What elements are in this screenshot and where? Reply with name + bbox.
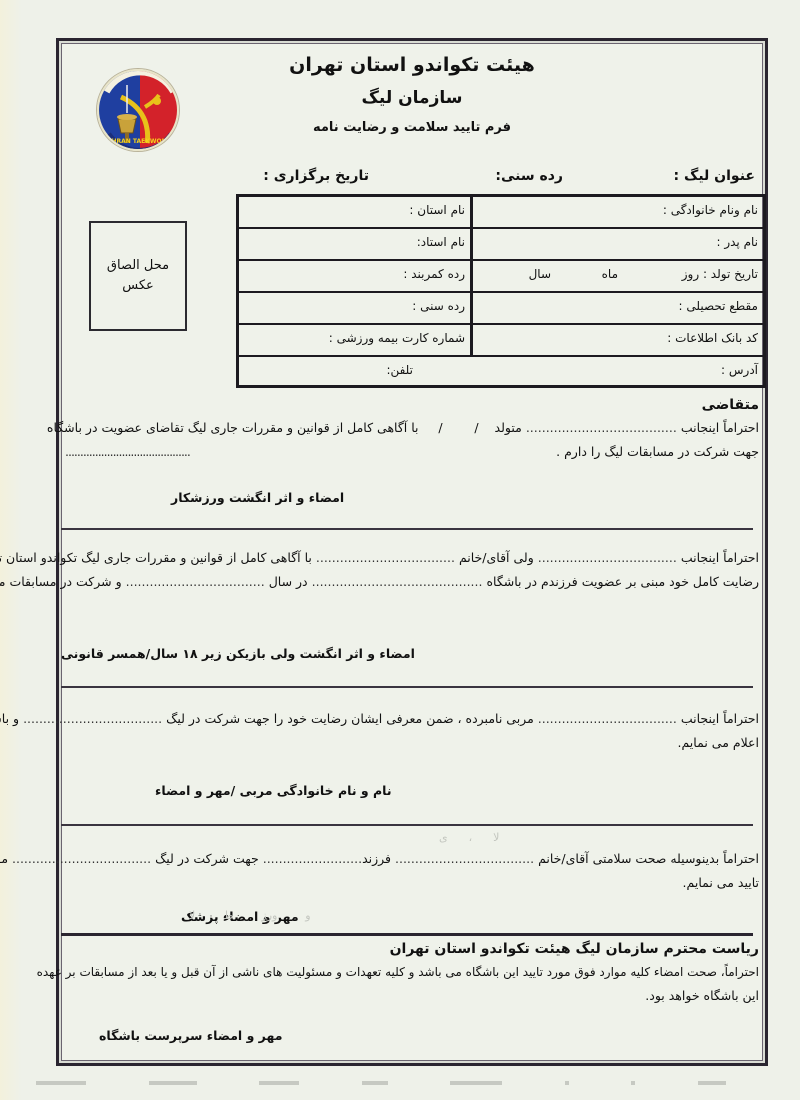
athlete-signature-label: امضاء و اثر انگشت ورزشکار bbox=[171, 490, 344, 505]
event-date-label: تاریخ برگزاری : bbox=[263, 168, 369, 184]
club-line-2: این باشگاه خواهد بود. bbox=[59, 984, 765, 1008]
photo-placeholder-line2: عکس bbox=[107, 276, 169, 296]
text: متولد bbox=[495, 420, 522, 435]
text: فرزند bbox=[362, 851, 391, 866]
text: احتراماً اینجانب bbox=[681, 550, 759, 565]
club-blank[interactable]: ........................................… bbox=[312, 574, 483, 589]
text: احتراماً بدینوسیله صحت سلامتی آقای/خانم bbox=[538, 851, 759, 866]
coach-line-2: اعلام می نمایم. bbox=[59, 731, 765, 755]
club-line-1: احتراماً، صحت امضاء کلیه موارد فوق مورد … bbox=[59, 960, 765, 984]
text: و باشگاه bbox=[0, 711, 19, 726]
coach-section: احتراماً اینجانب .......................… bbox=[59, 707, 765, 755]
text: مورخ bbox=[0, 851, 8, 866]
text: با آگاهی کامل از قوانین و مقررات جاری لی… bbox=[47, 420, 419, 435]
full-name-field[interactable]: نام ونام خانوادگی : bbox=[470, 197, 763, 229]
master-name-label: نام استاد: bbox=[417, 235, 465, 249]
club-blank[interactable]: ........................................… bbox=[65, 440, 190, 464]
bleed-through-text: و ورز ط لا bbox=[189, 909, 311, 922]
data-bank-code-field[interactable]: کد بانک اطلاعات : bbox=[470, 325, 763, 357]
club-heading: ریاست محترم سازمان لیگ هیئت تکواندو استا… bbox=[59, 938, 765, 960]
belt-rank-label: رده کمربند : bbox=[403, 267, 465, 281]
father-name-label: نام پدر : bbox=[716, 235, 758, 249]
text: و شرکت در مسابقات مربوطه را اعلام می دار… bbox=[0, 574, 122, 589]
doctor-line-2: تایید می نمایم. bbox=[59, 871, 765, 895]
age-group-cell-label: رده سنی : bbox=[412, 299, 465, 313]
doctor-line-1: احتراماً بدینوسیله صحت سلامتی آقای/خانم … bbox=[59, 847, 765, 871]
education-label: مقطع تحصیلی : bbox=[679, 299, 759, 313]
applicant-line-1: احتراماً اینجانب .......................… bbox=[59, 416, 765, 440]
text: با آگاهی کامل از قوانین و مقررات جاری لی… bbox=[0, 550, 312, 565]
data-bank-code-label: کد بانک اطلاعات : bbox=[667, 331, 758, 345]
birth-date-field[interactable]: تاریخ تولد : روز ماه سال bbox=[470, 261, 763, 293]
photo-placeholder[interactable]: محل الصاق عکس bbox=[89, 221, 187, 331]
birth-date-blank[interactable]: / / bbox=[438, 420, 478, 435]
league-meta-row: عنوان لیگ : رده سنی: تاریخ برگزاری : bbox=[59, 168, 765, 192]
applicant-section: متقاضی احتراماً اینجانب ................… bbox=[59, 394, 765, 464]
education-field[interactable]: مقطع تحصیلی : bbox=[470, 293, 763, 325]
guardian-section: احتراماً اینجانب .......................… bbox=[59, 546, 765, 594]
guardian-name-blank[interactable]: ................................... bbox=[538, 550, 677, 565]
league-blank[interactable]: ................................... bbox=[12, 851, 151, 866]
guardian-line-2: رضایت کامل خود مبنی بر عضویت فرزندم در ب… bbox=[59, 570, 765, 594]
birth-year-label: سال bbox=[529, 267, 551, 281]
svg-text:TEHRAN TAEKWONDO: TEHRAN TAEKWONDO bbox=[103, 138, 176, 145]
bleed-through-text: لا ، ی bbox=[439, 831, 499, 844]
address-field[interactable]: آدرس : تلفن: bbox=[239, 357, 763, 390]
name-blank[interactable]: ...................................... bbox=[526, 420, 677, 435]
federation-title: هیئت تکواندو استان تهران bbox=[59, 51, 765, 79]
birth-month-label: ماه bbox=[602, 267, 618, 281]
guardian-signature-label: امضاء و اثر انگشت ولی بازیکن زیر ۱۸ سال/… bbox=[61, 646, 415, 661]
club-supervisor-signature-label: مهر و امضاء سرپرست باشگاه bbox=[99, 1028, 282, 1043]
league-blank[interactable]: ................................... bbox=[23, 711, 162, 726]
text: جهت شرکت در لیگ bbox=[155, 851, 259, 866]
patient-name-blank[interactable]: ................................... bbox=[395, 851, 534, 866]
text: در سال bbox=[269, 574, 308, 589]
guardian-line-1: احتراماً اینجانب .......................… bbox=[59, 546, 765, 570]
photo-placeholder-line1: محل الصاق bbox=[107, 256, 169, 276]
coach-name-blank[interactable]: ................................... bbox=[538, 711, 677, 726]
text: رضایت کامل خود مبنی بر عضویت فرزندم در ب… bbox=[486, 574, 759, 589]
province-label: نام استان : bbox=[409, 203, 465, 217]
full-name-label: نام ونام خانوادگی : bbox=[663, 203, 758, 217]
birth-date-label: تاریخ تولد : روز bbox=[682, 267, 758, 281]
doctor-section: احتراماً بدینوسیله صحت سلامتی آقای/خانم … bbox=[59, 847, 765, 895]
child-name-blank[interactable]: ................................... bbox=[316, 550, 455, 565]
phone-label: تلفن: bbox=[386, 363, 413, 377]
tehran-taekwondo-logo-icon: TEHRAN TAEKWONDO bbox=[97, 69, 179, 151]
master-name-field[interactable]: نام استاد: bbox=[239, 229, 470, 261]
insurance-card-field[interactable]: شماره کارت بیمه ورزشی : bbox=[239, 325, 470, 357]
insurance-card-label: شماره کارت بیمه ورزشی : bbox=[329, 331, 465, 345]
province-field[interactable]: نام استان : bbox=[239, 197, 470, 229]
applicant-line-2: جهت شرکت در مسابقات لیگ را دارم . ......… bbox=[59, 440, 765, 464]
applicant-heading: متقاضی bbox=[59, 394, 765, 416]
father-name-blank[interactable]: ......................... bbox=[263, 851, 362, 866]
address-label: آدرس : bbox=[721, 363, 758, 377]
age-group-label: رده سنی: bbox=[495, 168, 563, 184]
text: احتراماً اینجانب bbox=[681, 711, 759, 726]
section-divider bbox=[61, 686, 753, 688]
athlete-info-table: نام ونام خانوادگی : نام استان : نام پدر … bbox=[236, 194, 766, 388]
section-divider bbox=[61, 933, 753, 936]
text: احتراماً اینجانب bbox=[681, 420, 759, 435]
form-frame: هیئت تکواندو استان تهران سازمان لیگ فرم … bbox=[56, 38, 768, 1066]
father-name-field[interactable]: نام پدر : bbox=[470, 229, 763, 261]
text: مربی نامبرده ، ضمن معرفی ایشان رضایت خود… bbox=[166, 711, 534, 726]
belt-rank-field[interactable]: رده کمربند : bbox=[239, 261, 470, 293]
scan-noise bbox=[36, 1078, 726, 1088]
club-section: ریاست محترم سازمان لیگ هیئت تکواندو استا… bbox=[59, 938, 765, 1008]
section-divider bbox=[61, 528, 753, 530]
section-divider bbox=[61, 824, 753, 826]
league-title-label: عنوان لیگ : bbox=[674, 168, 755, 184]
text: جهت شرکت در مسابقات لیگ را دارم . bbox=[556, 444, 759, 459]
coach-signature-label: نام و نام خانوادگی مربی /مهر و امضاء bbox=[155, 783, 392, 798]
coach-line-1: احتراماً اینجانب .......................… bbox=[59, 707, 765, 731]
year-blank[interactable]: ................................... bbox=[126, 574, 265, 589]
age-group-field[interactable]: رده سنی : bbox=[239, 293, 470, 325]
text: ولی آقای/خانم bbox=[459, 550, 534, 565]
